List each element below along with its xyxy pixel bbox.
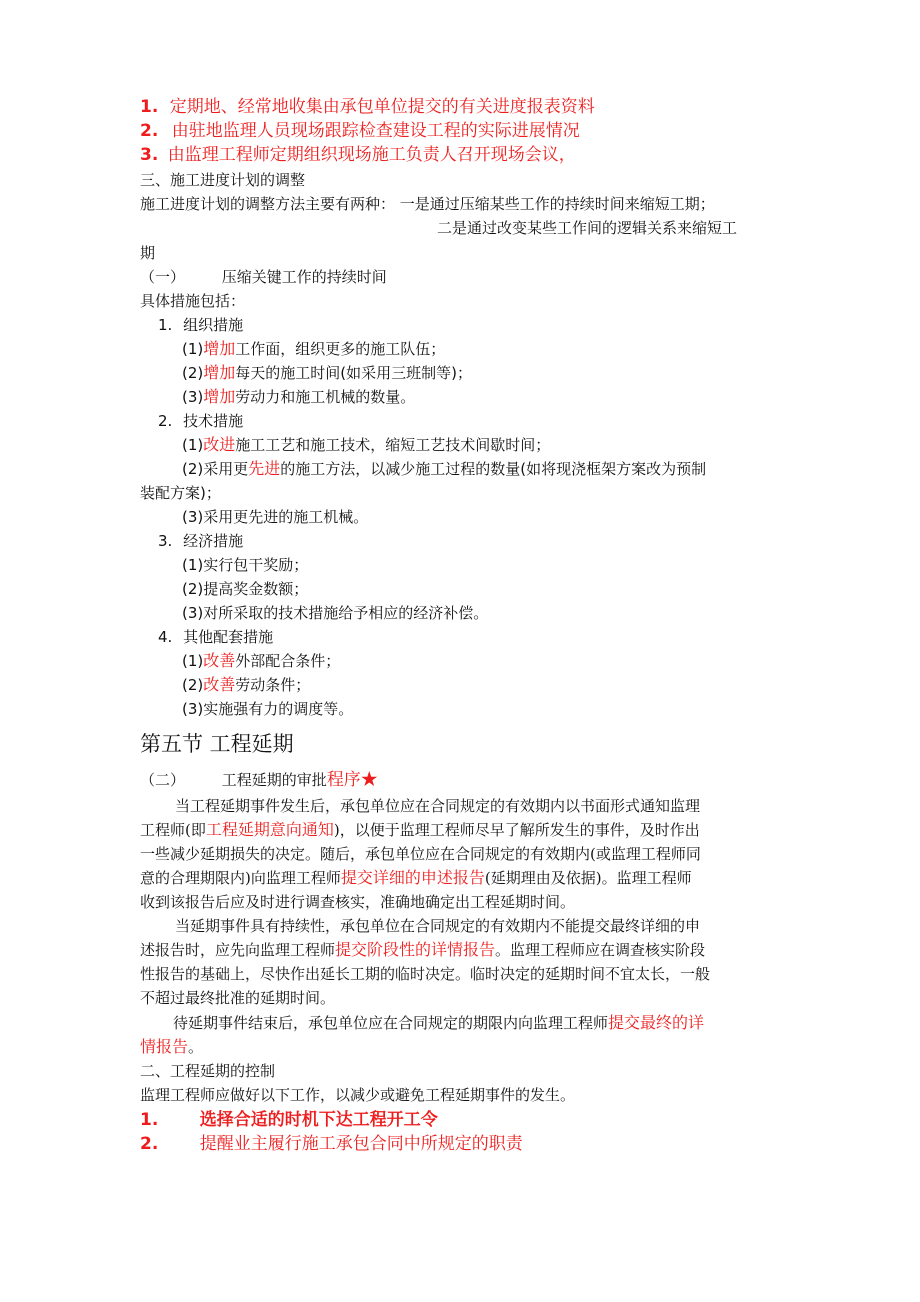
measure-item: (2)提高奖金数额； — [182, 579, 308, 599]
subsection-heading: （一） 压缩关键工作的持续时间 — [140, 267, 387, 287]
text-run: 。监理工程师应在调查核实阶段 — [495, 941, 705, 959]
paragraph-line: 一些减少延期损失的决定。随后，承包单位应在合同规定的有效期内(或监理工程师同 — [140, 844, 701, 864]
section-heading: 二、工程延期的控制 — [140, 1061, 275, 1081]
item-text: 的施工机械。 — [278, 508, 368, 526]
text-run: 述报告时，应先向监理工程师 — [140, 941, 335, 959]
item-highlight: 先进 — [248, 459, 280, 478]
subsection-title: 压缩关键工作的持续时间 — [222, 268, 387, 286]
list-text: 由监理工程师定期组织现场施工负责人召开现场会议， — [168, 145, 576, 165]
item-prefix: (2) — [182, 676, 203, 694]
text-run: (延期理由及依据)。监理工程师 — [485, 869, 692, 887]
measure-item: (3)增加劳动力和施工机械的数量。 — [182, 387, 415, 407]
item-prefix: (2) — [182, 364, 203, 382]
item-highlight: 改进 — [203, 435, 235, 454]
control-item-1: 1. 选择合适的时机下达工程开工令 — [140, 1109, 438, 1131]
item-prefix: (1) — [182, 340, 203, 358]
measure-group-3: 3. 经济措施 — [158, 531, 243, 551]
measure-item: (3)对所采取的技术措施给予相应的经济补偿。 — [182, 603, 488, 623]
item-highlight: 增加 — [203, 363, 235, 382]
measures-intro: 具体措施包括： — [140, 291, 245, 311]
subsection-label: （二） — [140, 771, 185, 789]
measure-item: (1)实行包干奖励； — [182, 555, 308, 575]
group-number: 3. — [158, 532, 172, 550]
paragraph-line: 期 — [140, 243, 155, 263]
control-item-2: 2. 提醒业主履行施工承包合同中所规定的职责 — [140, 1133, 523, 1155]
paragraph-line: 二是通过改变某些工作间的逻辑关系来缩短工 — [437, 218, 737, 238]
subsection-heading: （二） 工程延期的审批程序★ — [140, 770, 378, 790]
measure-item: (1)增加工作面，组织更多的施工队伍； — [182, 339, 445, 359]
text-run: 工程师(即 — [140, 821, 206, 839]
measure-item-continuation: 装配方案)； — [140, 483, 221, 503]
item-prefix: (1) — [182, 556, 203, 574]
paragraph-line: 不超过最终批准的延期时间。 — [140, 988, 335, 1008]
paragraph-line: 性报告的基础上，尽快作出延长工期的临时决定。临时决定的延期时间不宜太长，一般 — [140, 964, 710, 984]
paragraph-line: 待延期事件结束后，承包单位应在合同规定的期限内向监理工程师提交最终的详 — [173, 1013, 704, 1033]
document-page: 1. 定期地、经常地收集由承包单位提交的有关进度报表资料 2. 由驻地监理人员现… — [0, 0, 920, 1302]
paragraph-line: 当工程延期事件发生后，承包单位应在合同规定的有效期内以书面形式通知监理 — [175, 796, 700, 816]
paragraph-line: 当延期事件具有持续性，承包单位在合同规定的有效期内不能提交最终详细的申 — [175, 916, 700, 936]
list-text: 提醒业主履行施工承包合同中所规定的职责 — [200, 1134, 523, 1154]
list-number: 1. — [140, 97, 158, 117]
item-text: 工作面，组织更多的施工队伍； — [235, 340, 445, 358]
text-run: 意的合理期限内)向监理工程师 — [140, 869, 341, 887]
group-number: 1. — [158, 316, 172, 334]
measure-item: (2)增加每天的施工时间(如采用三班制等)； — [182, 363, 472, 383]
measure-item: (3)采用更先进的施工机械。 — [182, 507, 368, 527]
paragraph-line: 述报告时，应先向监理工程师提交阶段性的详情报告。监理工程师应在调查核实阶段 — [140, 940, 705, 960]
item-text: 劳动条件； — [235, 676, 310, 694]
item-text: 施工工艺和施工技术，缩短工艺技术间歇时间； — [235, 436, 550, 454]
item-prefix: (3) — [182, 604, 203, 622]
monitoring-item-1: 1. 定期地、经常地收集由承包单位提交的有关进度报表资料 — [140, 96, 595, 118]
item-text: 实行包干奖励； — [203, 556, 308, 574]
item-text: 劳动力和施工机械的数量。 — [235, 388, 415, 406]
measure-item: (1)改善外部配合条件； — [182, 651, 340, 671]
group-title: 组织措施 — [183, 316, 243, 334]
item-text: 实施强有力的调度等。 — [203, 700, 353, 718]
item-highlight: 改善 — [203, 651, 235, 670]
paragraph-line: 情报告。 — [140, 1037, 203, 1057]
list-number: 3. — [140, 145, 158, 165]
measure-group-2: 2. 技术措施 — [158, 411, 243, 431]
measure-item: (2)采用更先进的施工方法，以减少施工过程的数量(如将现浇框架方案改为预制 — [182, 459, 706, 479]
paragraph-line: 监理工程师应做好以下工作，以减少或避免工程延期事件的发生。 — [140, 1085, 575, 1105]
paragraph-line: 施工进度计划的调整方法主要有两种： 一是通过压缩某些工作的持续时间来缩短工期； — [140, 194, 715, 214]
list-number: 2. — [140, 1134, 158, 1154]
chapter-heading: 第五节 工程延期 — [140, 731, 294, 757]
paragraph-line: 工程师(即工程延期意向通知)，以便于监理工程师尽早了解所发生的事件，及时作出 — [140, 820, 700, 840]
item-highlight: 改善 — [203, 675, 235, 694]
measure-item: (2)改善劳动条件； — [182, 675, 310, 695]
list-text: 选择合适的时机下达工程开工令 — [200, 1110, 438, 1130]
group-number: 2. — [158, 412, 172, 430]
monitoring-item-3: 3. 由监理工程师定期组织现场施工负责人召开现场会议， — [140, 144, 576, 166]
highlight-run: 提交阶段性的详情报告 — [335, 940, 495, 959]
paragraph-line: 意的合理期限内)向监理工程师提交详细的申述报告(延期理由及依据)。监理工程师 — [140, 868, 692, 888]
item-prefix: (2) — [182, 580, 203, 598]
item-text: 每天的施工时间(如采用三班制等)； — [235, 364, 472, 382]
list-number: 2. — [140, 121, 158, 141]
text-run: )，以便于监理工程师尽早了解所发生的事件，及时作出 — [334, 821, 700, 839]
highlight-run: 提交详细的申述报告 — [341, 868, 485, 887]
item-highlight: 增加 — [203, 387, 235, 406]
item-text: 外部配合条件； — [235, 652, 340, 670]
text-run: 待延期事件结束后，承包单位应在合同规定的期限内向监理工程师 — [173, 1014, 608, 1032]
subsection-title-highlight: 程序★ — [327, 770, 378, 790]
group-title: 经济措施 — [183, 532, 243, 550]
item-prefix: (3) — [182, 700, 203, 718]
list-number: 1. — [140, 1110, 158, 1130]
item-text: 对所采取的技术措施给予相应的经济补偿。 — [203, 604, 488, 622]
item-highlight: 增加 — [203, 339, 235, 358]
group-title: 技术措施 — [183, 412, 243, 430]
section-heading: 三、施工进度计划的调整 — [140, 170, 305, 190]
item-prefix: (3) — [182, 388, 203, 406]
item-prefix: (1) — [182, 652, 203, 670]
subsection-label: （一） — [140, 268, 185, 286]
highlight-run: 工程延期意向通知 — [206, 820, 334, 839]
item-prefix: (1) — [182, 436, 203, 454]
list-text: 定期地、经常地收集由承包单位提交的有关进度报表资料 — [170, 97, 595, 117]
item-prefix: (3)采用更先进 — [182, 508, 278, 526]
group-number: 4. — [158, 628, 172, 646]
highlight-run: 情报告 — [140, 1037, 188, 1056]
measure-item: (1)改进施工工艺和施工技术，缩短工艺技术间歇时间； — [182, 435, 550, 455]
monitoring-item-2: 2. 由驻地监理人员现场跟踪检查建设工程的实际进展情况 — [140, 120, 580, 142]
item-text: 的施工方法，以减少施工过程的数量(如将现浇框架方案改为预制 — [280, 460, 706, 478]
paragraph-line: 收到该报告后应及时进行调查核实，准确地确定出工程延期时间。 — [140, 892, 575, 912]
item-text: 提高奖金数额； — [203, 580, 308, 598]
measure-group-4: 4. 其他配套措施 — [158, 627, 273, 647]
group-title: 其他配套措施 — [183, 628, 273, 646]
list-text: 由驻地监理人员现场跟踪检查建设工程的实际进展情况 — [172, 121, 580, 141]
measure-item: (3)实施强有力的调度等。 — [182, 699, 353, 719]
subsection-title: 工程延期的审批 — [222, 771, 327, 789]
highlight-run: 提交最终的详 — [608, 1013, 704, 1032]
text-run: 。 — [188, 1038, 203, 1056]
measure-group-1: 1. 组织措施 — [158, 315, 243, 335]
item-prefix: (2)采用更 — [182, 460, 248, 478]
